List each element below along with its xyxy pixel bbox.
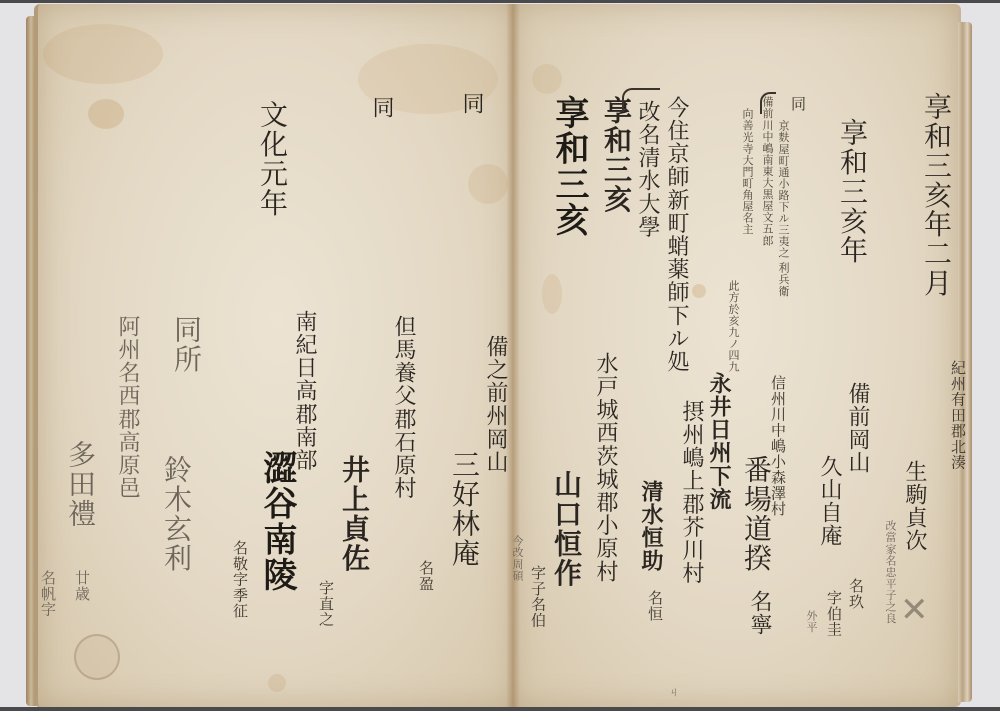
entry-name-note: 名盈 [418,560,433,592]
entry-name: 多田禮 [66,440,94,528]
stain [468,164,508,204]
entry-origin: 阿州名西郡高原邑 [116,315,138,500]
entry-name: 三好林庵 [450,450,478,568]
entry-origin: 備前岡山 [846,382,868,474]
bracket-mark [622,88,660,112]
page-mark: ㄐ [668,686,679,698]
entry-name-note: 名玖 [848,578,863,610]
entry-header-same: 同 [790,96,805,112]
entry-origin: 水戸城西茨城郡小原村 [594,352,616,583]
entry-age: 廿歳 [74,570,89,602]
book-gutter [506,4,520,707]
entry-date: 享和三亥年 [838,118,866,265]
entry-note: 此方於亥九ノ四九 [728,280,739,372]
entry-azana: 字伯圭 [826,590,841,637]
stain [88,99,124,129]
entry-name: 清水恒助 [640,480,662,572]
entry-name-note: 名敬字季征 [232,540,247,619]
entry-note: 利兵衛 [778,262,789,297]
entry-name: 井上貞佐 [340,455,368,573]
entry-date: 文化元年 [258,100,286,218]
top-frame-bar [0,0,1000,3]
entry-origin: 備之前州岡山 [484,335,506,474]
entry-date: 享和三亥 [552,95,586,238]
entry-name: 番場道揆 [742,455,770,573]
entry-origin: 南紀日高郡南部 [293,310,315,472]
stain [268,674,286,692]
ink-blot [74,634,120,680]
entry-name-note: 名恒 [647,590,662,622]
entry-name: 山口恒作 [552,470,580,588]
entry-header-same: 同 [370,96,392,119]
entry-azana: 字子名伯 [530,565,545,628]
entry-origin: 紀州有田郡北湊 [950,360,965,470]
entry-origin: 永井日州下流 [708,372,730,511]
entry-note: 備前川中嶋南東大黒屋文五郎 [762,96,773,246]
entry-header-same: 同 [460,92,482,115]
header-date: 享和三亥年二月 [922,92,950,298]
stain [43,24,163,84]
entry-name-note: 名寧 [748,590,770,636]
stain [542,274,562,314]
stain [692,284,706,298]
entry-azana: 字直之 [318,580,333,627]
bottom-frame-bar [0,707,1000,711]
entry-note: 改名清水大學 [636,100,658,239]
stain [532,64,562,94]
entry-name-note: 名帆字 [40,570,55,617]
bracket-mark [760,92,776,114]
entry-note: 摂州嶋上郡芥川村 [680,400,702,585]
entry-origin: 同所 [172,315,200,374]
entry-date: 享和三亥 [602,96,630,214]
entry-extra: 外平 [806,610,817,633]
entry-note: 今住京師新町蛸薬師下ル処 [665,96,687,373]
entry-origin: 但馬養父郡石原村 [392,315,414,500]
entry-name: 澀谷南陵 [260,450,294,593]
entry-name: 鈴木玄利 [162,455,190,573]
entry-name: 生駒貞次 [903,460,925,552]
entry-note: 今改周碩 [512,535,523,581]
cross-mark-icon: ✕ [900,590,929,630]
entry-note: 向善光寺大門町角屋名主 [742,108,753,235]
entry-name: 久山自庵 [818,455,840,547]
entry-note: 京麩屋町通小路下ル三夷之 [778,120,789,259]
entry-note: 改當家名忠平子之良 [885,520,896,624]
